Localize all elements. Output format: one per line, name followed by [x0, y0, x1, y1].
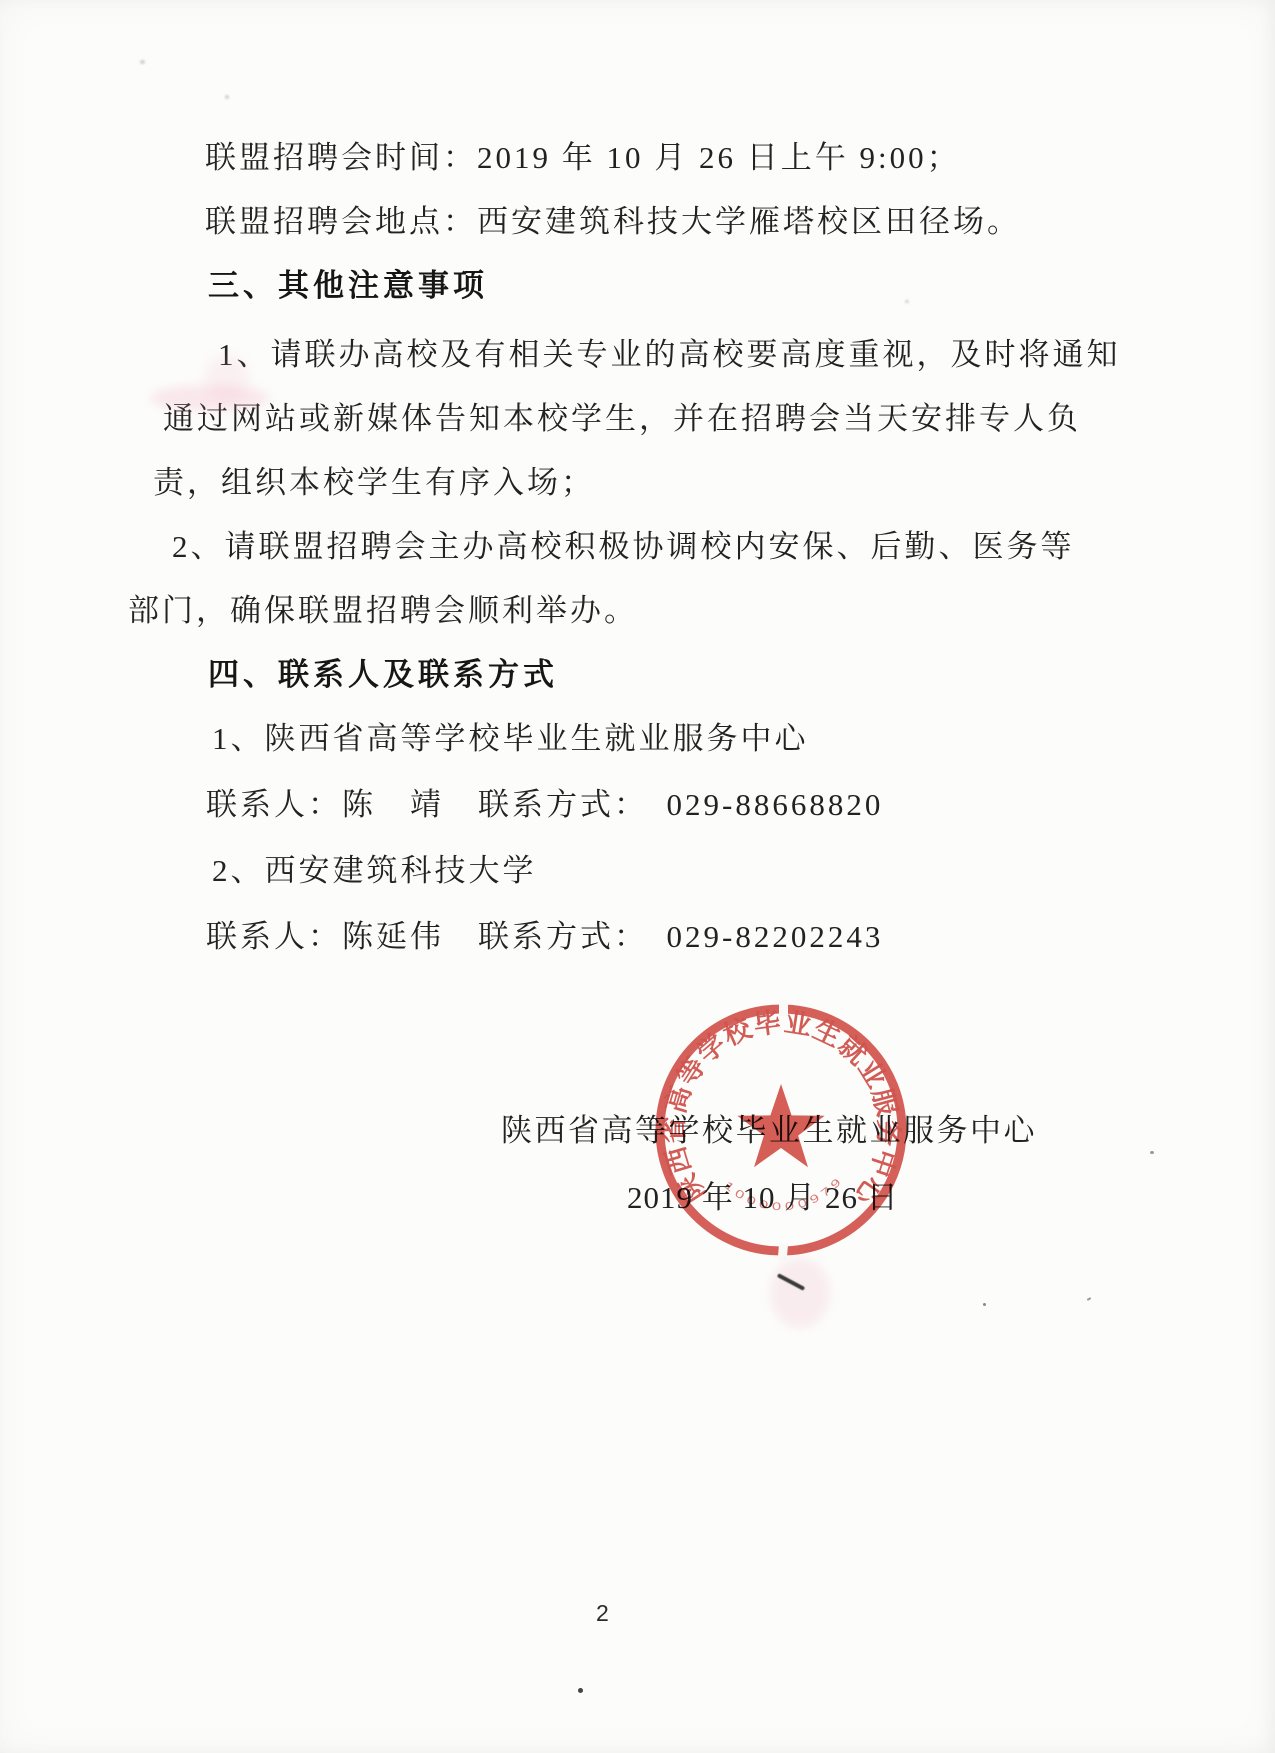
heading-section-3: 三、其他注意事项 — [208, 269, 488, 303]
line-meeting-place: 联盟招聘会地点：西安建筑科技大学雁塔校区田径场。 — [205, 205, 1021, 239]
line-contact-person1: 联系人：陈 靖 联系方式： 029-88668820 — [206, 788, 883, 822]
line-item1-c: 责，组织本校学生有序入场； — [153, 466, 595, 500]
line-contact-org2: 2、西安建筑科技大学 — [212, 854, 537, 888]
line-contact-person2: 联系人：陈延伟 联系方式： 029-82202243 — [206, 920, 883, 954]
seal-ink-gap-bottom — [778, 1243, 788, 1261]
scan-pen-mark — [777, 1273, 805, 1291]
page-number: 2 — [596, 1600, 609, 1627]
line-contact-org1: 1、陕西省高等学校毕业生就业服务中心 — [212, 722, 809, 756]
line-item1-b: 通过网站或新媒体告知本校学生，并在招聘会当天安排专人负 — [163, 402, 1081, 436]
official-seal-stamp: 陕西省高等学校毕业生就业服务中心 10000009796 — [650, 999, 912, 1261]
scan-speck — [225, 95, 229, 99]
scan-speck — [1150, 1151, 1154, 1154]
heading-section-4: 四、联系人及联系方式 — [208, 658, 558, 692]
scan-speck — [983, 1303, 986, 1306]
seal-ink-gap-top — [779, 1000, 788, 1016]
line-item1-a: 1、请联办高校及有相关专业的高校要高度重视，及时将通知 — [218, 338, 1121, 372]
scanned-document-page: 联盟招聘会时间：2019 年 10 月 26 日上午 9:00； 联盟招聘会地点… — [0, 0, 1275, 1753]
line-item2-b: 部门，确保联盟招聘会顺利举办。 — [128, 594, 638, 628]
line-item2-a: 2、请联盟招聘会主办高校积极协调校内安保、后勤、医务等 — [172, 530, 1075, 564]
scan-speck — [905, 300, 909, 303]
scan-speck — [578, 1688, 583, 1693]
line-meeting-time: 联盟招聘会时间：2019 年 10 月 26 日上午 9:00； — [205, 141, 961, 175]
scan-speck — [140, 60, 145, 64]
scan-speck — [1087, 1297, 1091, 1301]
seal-star-icon — [737, 1084, 824, 1167]
scan-smudge-pink — [770, 1258, 830, 1328]
